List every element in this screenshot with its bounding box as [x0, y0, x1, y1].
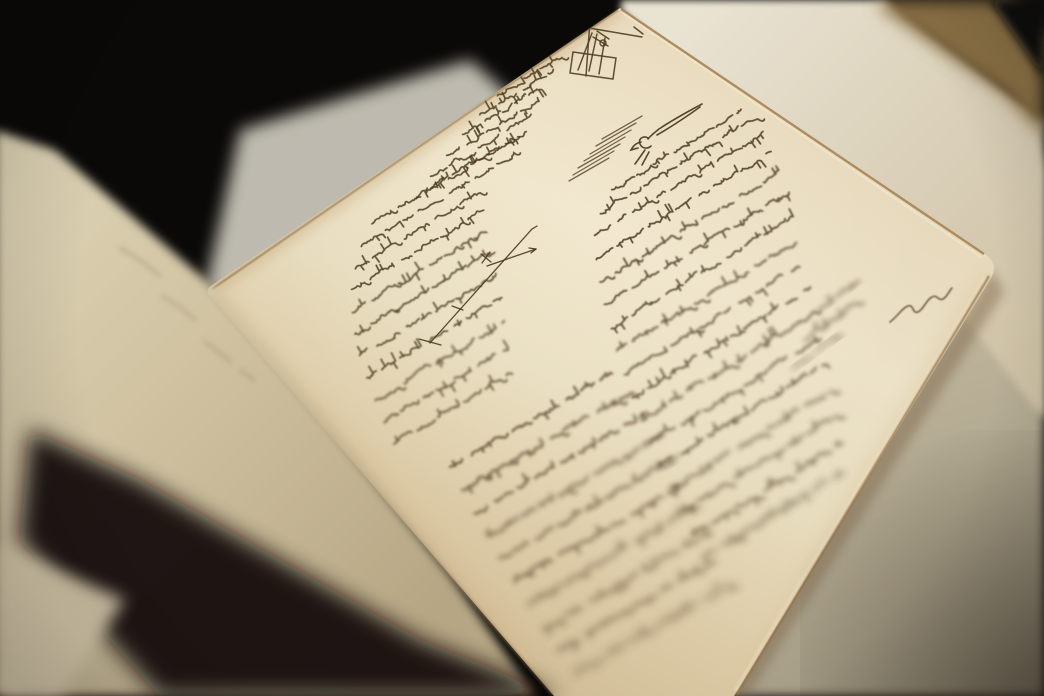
vignette — [0, 0, 1044, 696]
manuscript-scene: 3 — [0, 0, 1044, 696]
photo-of-manuscript: 3 — [0, 0, 1044, 696]
